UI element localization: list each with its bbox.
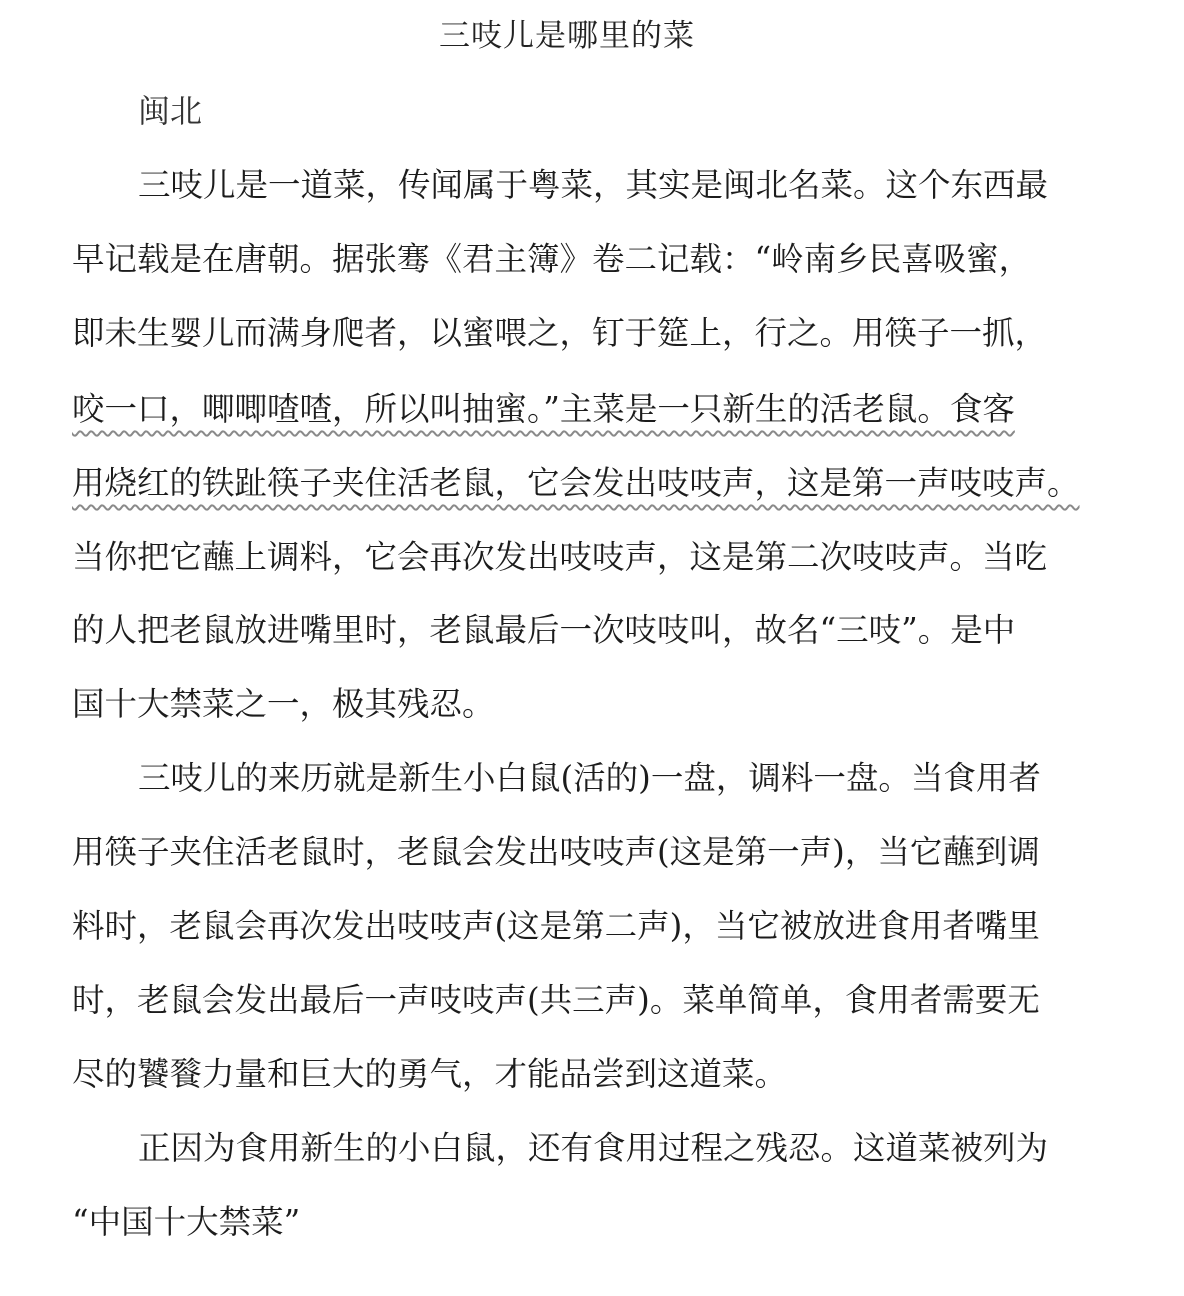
paragraph-1-line-2: 早记载是在唐朝。据张骞《君主簿》卷二记载：“岭南乡民喜吸蜜， — [72, 237, 1031, 281]
wavy-underlined-text: 用烧红的铁趾筷子夹住活老鼠，它会发出吱吱声，这是第一声吱吱声。 — [72, 464, 1080, 502]
paragraph-3-line-1: 正因为食用新生的小白鼠，还有食用过程之残忍。这道菜被列为 — [138, 1126, 1048, 1170]
document-title: 三吱儿是哪里的菜 — [72, 14, 1062, 58]
paragraph-1-line-1: 三吱儿是一道菜，传闻属于粤菜，其实是闽北名菜。这个东西最 — [138, 163, 1048, 207]
section-heading: 闽北 — [138, 89, 202, 133]
paragraph-1-line-7: 的人把老鼠放进嘴里时，老鼠最后一次吱吱叫，故名“三吱”。是中 — [72, 608, 1015, 652]
paragraph-1-line-4: 咬一口，唧唧喳喳，所以叫抽蜜。”主菜是一只新生的活老鼠。食客 — [72, 387, 1015, 431]
wavy-underlined-text: 咬一口，唧唧喳喳，所以叫抽蜜。”主菜是一只新生的活老鼠。食客 — [72, 390, 1015, 428]
paragraph-2-line-1: 三吱儿的来历就是新生小白鼠(活的)一盘，调料一盘。当食用者 — [138, 756, 1041, 800]
paragraph-2-line-5: 尽的饕餮力量和巨大的勇气，才能品尝到这道菜。 — [72, 1052, 787, 1096]
paragraph-2-line-3: 料时，老鼠会再次发出吱吱声(这是第二声)，当它被放进食用者嘴里 — [72, 904, 1040, 948]
paragraph-1-line-6: 当你把它蘸上调料，它会再次发出吱吱声，这是第二次吱吱声。当吃 — [72, 535, 1047, 579]
paragraph-1-line-3: 即未生婴儿而满身爬者，以蜜喂之，钉于筵上，行之。用筷子一抓， — [72, 311, 1047, 355]
paragraph-2-line-2: 用筷子夹住活老鼠时，老鼠会发出吱吱声(这是第一声)，当它蘸到调 — [72, 830, 1040, 874]
paragraph-2-line-4: 时，老鼠会发出最后一声吱吱声(共三声)。菜单简单，食用者需要无 — [72, 978, 1040, 1022]
paragraph-1-line-5: 用烧红的铁趾筷子夹住活老鼠，它会发出吱吱声，这是第一声吱吱声。 — [72, 461, 1080, 505]
paragraph-3-line-2: “中国十大禁菜” — [72, 1200, 300, 1244]
paragraph-1-line-8: 国十大禁菜之一，极其残忍。 — [72, 682, 495, 726]
